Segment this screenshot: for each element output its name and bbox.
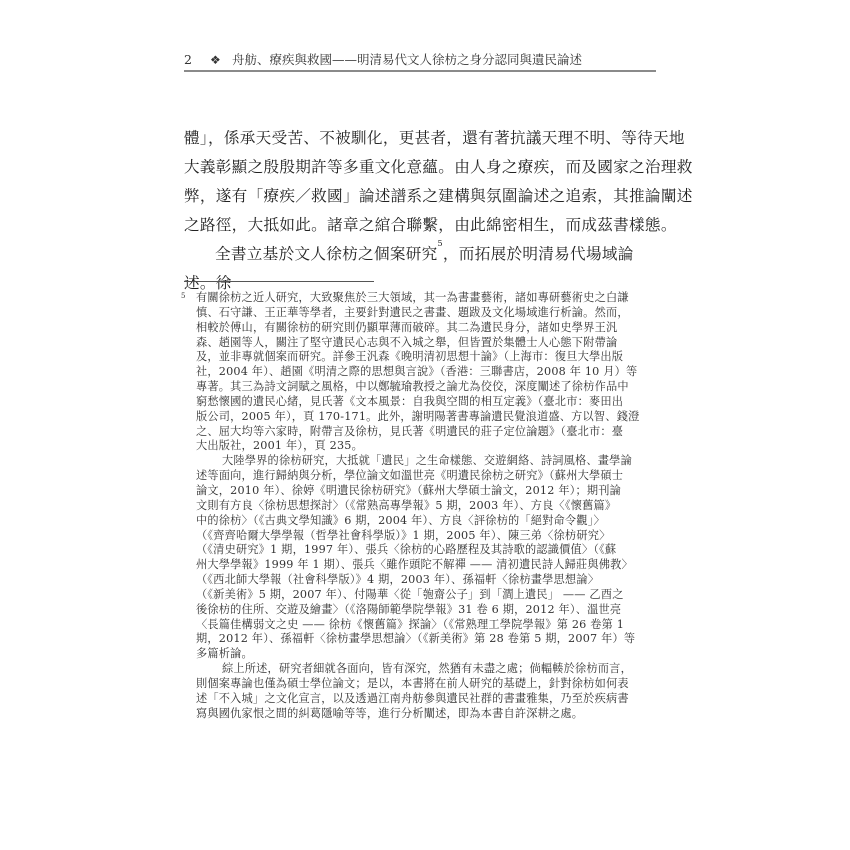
footnote-line: 述等面向，進行歸納與分析，學位論文如溫世亮《明遺民徐枋之研究》（蘇州大學碩士 bbox=[184, 469, 658, 484]
footnote-line: 中的徐枋〉（《古典文學知識》6 期，2004 年）、方良〈評徐枋的「絕對命令觀」… bbox=[184, 514, 658, 529]
footnote-line: 論文，2010 年）、徐婷《明遺民徐枋研究》（蘇州大學碩士論文，2012 年）；… bbox=[184, 484, 658, 499]
footnote-line: 大出版社，2001 年），頁 235。 bbox=[184, 439, 658, 454]
text-line: 之路徑，大抵如此。諸章之綰合聯繫，由此綿密相生，而成茲書樣態。 bbox=[184, 211, 658, 240]
footnote-line: 州大學學報》1999 年 1 期）、張兵〈雖作頭陀不解禪 —— 清初遺民詩人歸莊… bbox=[184, 558, 658, 573]
running-header: 2❖舟舫、療疾與救國——明清易代文人徐枋之身分認同與遺民論述 bbox=[184, 50, 654, 70]
text-line: 體」，係承天受苦、不被馴化，更甚者，還有著抗議天理不明、等待天地 bbox=[184, 124, 658, 153]
footnote-line: 大陸學界的徐枋研究，大抵就「遺民」之生命樣態、交遊網絡、詩詞風格、畫學論 bbox=[184, 454, 658, 469]
page-number: 2 bbox=[184, 50, 210, 70]
header-divider bbox=[184, 70, 656, 72]
footnote-line: 社，2004 年）、趙園《明清之際的思想與言說》（香港：三聯書店，2008 年 … bbox=[184, 365, 658, 380]
text-segment: 全書立基於文人徐枋之個案研究 bbox=[215, 245, 438, 263]
footnote-line: （《清史研究》1 期，1997 年）、張兵〈徐枋的心路歷程及其詩歌的認識價值〉（… bbox=[184, 543, 658, 558]
footnote-line: 文則有方良〈徐枋思想探討〉（《常熟高專學報》5 期，2003 年）、方良〈《懷舊… bbox=[184, 499, 658, 514]
main-text: 體」，係承天受苦、不被馴化，更甚者，還有著抗議天理不明、等待天地 大義彰顯之殷殷… bbox=[184, 124, 658, 298]
footnote-marker: 5 bbox=[181, 289, 186, 304]
footnote-line: 則個案專論也僅為碩士學位論文；是以，本書將在前人研究的基礎上，針對徐枋如何表 bbox=[184, 677, 658, 692]
footnote-line: 寫與國仇家恨之間的糾葛隱喻等等，進行分析闡述，即為本書自許深耕之處。 bbox=[184, 707, 658, 722]
text-line: 弊，遂有「療疾／救國」論述譜系之建構與氛圍論述之追索，其推論闡述 bbox=[184, 182, 658, 211]
paragraph-2: 全書立基於文人徐枋之個案研究5，而拓展於明清易代場域論述。徐 bbox=[184, 240, 658, 298]
footnote-line: 多篇析論。 bbox=[184, 647, 658, 662]
ornament-icon: ❖ bbox=[210, 50, 232, 70]
footnote-line: （《新美術》5 期，2007 年）、付陽華〈從「匏齋公子」到「澗上遺民」 —— … bbox=[184, 588, 658, 603]
footnote-line: 森、趙園等人，關注了堅守遺民心志與不入城之舉，但皆置於集體士人心態下附帶論 bbox=[184, 336, 658, 351]
footnote-5: 5 有關徐枋之近人研究，大致聚焦於三大領域，其一為書畫藝術，諸如專研藝術史之白謙… bbox=[184, 291, 658, 721]
paragraph-1: 體」，係承天受苦、不被馴化，更甚者，還有著抗議天理不明、等待天地 大義彰顯之殷殷… bbox=[184, 124, 658, 240]
running-title: 舟舫、療疾與救國——明清易代文人徐枋之身分認同與遺民論述 bbox=[232, 52, 582, 67]
footnote-area: 5 有關徐枋之近人研究，大致聚焦於三大領域，其一為書畫藝術，諸如專研藝術史之白謙… bbox=[184, 291, 658, 721]
footnote-line: 有關徐枋之近人研究，大致聚焦於三大領域，其一為書畫藝術，諸如專研藝術史之白謙 bbox=[184, 291, 658, 306]
footnote-line: 述「不入城」之文化宣言，以及透過江南舟舫參與遺民社群的書畫雅集，乃至於疾病書 bbox=[184, 692, 658, 707]
footnote-line: 慎、石守謙、王正華等學者，主要針對遺民之書畫、題跋及文化場域進行析論。然而， bbox=[184, 306, 658, 321]
footnote-line: 期，2012 年）、孫福軒〈徐枋畫學思想論〉（《新美術》第 28 卷第 5 期，… bbox=[184, 632, 658, 647]
footnote-line: （《齊齊哈爾大學學報（哲學社會科學版）》1 期，2005 年）、陳三弟〈徐枋研究… bbox=[184, 529, 658, 544]
footnote-line: 相較於傅山，有關徐枋的研究則仍顯單薄而破碎。其二為遺民身分，諸如史學界王汎 bbox=[184, 321, 658, 336]
footnote-line: （《西北師大學報（社會科學版）》4 期，2003 年）、孫福軒〈徐枋畫學思想論〉 bbox=[184, 573, 658, 588]
text-line: 大義彰顯之殷殷期許等多重文化意蘊。由人身之療疾，而及國家之治理救 bbox=[184, 153, 658, 182]
book-page: 2❖舟舫、療疾與救國——明清易代文人徐枋之身分認同與遺民論述 體」，係承天受苦、… bbox=[0, 0, 850, 850]
footnote-line: 綜上所述，研究者細就各面向，皆有深究，然猶有未盡之處；倘輻輳於徐枋而言， bbox=[184, 662, 658, 677]
footnote-line: 之、屈大均等六家時，附帶言及徐枋，見氏著《明遺民的莊子定位論題》（臺北市：臺 bbox=[184, 425, 658, 440]
footnote-line: 窮愁懷國的遺民心緒，見氏著《文本風景：自我與空間的相互定義》（臺北市：麥田出 bbox=[184, 395, 658, 410]
footnote-line: 後徐枋的住所、交遊及繪畫〉（《洛陽師範學院學報》31 卷 6 期，2012 年）… bbox=[184, 603, 658, 618]
footnote-line: 及，並非專就個案而研究。詳參王汎森《晚明清初思想十論》（上海市：復旦大學出版 bbox=[184, 350, 658, 365]
footnote-line: 版公司，2005 年），頁 170-171。此外，謝明陽著書專論遺民覺浪道盛、方… bbox=[184, 410, 658, 425]
footnote-line: 〈長篇佳構弱文之史 —— 徐枋《懷舊篇》探論〉（《常熟理工學院學報》第 26 卷… bbox=[184, 618, 658, 633]
footnote-line: 專著。其三為詩文詞賦之風格，中以鄭毓瑜教授之論尤為佼佼，深度闡述了徐枋作品中 bbox=[184, 380, 658, 395]
footnote-divider bbox=[184, 281, 374, 282]
